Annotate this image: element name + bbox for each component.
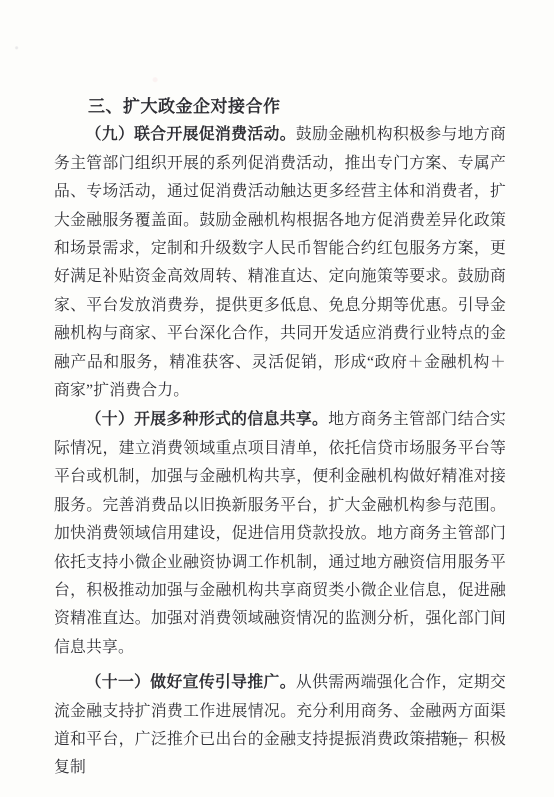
document-content: 三、扩大政金企对接合作 （九）联合开展促消费活动。鼓励金融机构积极参与地方商务主… — [54, 93, 506, 783]
paragraph-9-body: 鼓励金融机构积极参与地方商务主管部门组织开展的系列促消费活动，推出专门方案、专属… — [54, 126, 506, 399]
paragraph-11-lead: （十一）做好宣传引导推广。 — [86, 674, 296, 691]
paragraph-11: （十一）做好宣传引导推广。从供需两端强化合作，定期交流金融支持扩消费工作进展情况… — [54, 669, 506, 783]
section-heading: 三、扩大政金企对接合作 — [54, 93, 506, 121]
page-number: — 5 — — [420, 730, 480, 747]
paragraph-10-lead: （十）开展多种形式的信息共享。 — [86, 411, 329, 428]
paragraph-9: （九）联合开展促消费活动。鼓励金融机构积极参与地方商务主管部门组织开展的系列促消… — [54, 121, 506, 405]
document-page: 三、扩大政金企对接合作 （九）联合开展促消费活动。鼓励金融机构积极参与地方商务主… — [0, 0, 554, 797]
paragraph-10-body: 地方商务主管部门结合实际情况，建立消费领域重点项目清单，依托信贷市场服务平台等平… — [54, 411, 506, 655]
paragraph-9-lead: （九）联合开展促消费活动。 — [86, 126, 296, 143]
paragraph-10: （十）开展多种形式的信息共享。地方商务主管部门结合实际情况，建立消费领域重点项目… — [54, 406, 506, 662]
